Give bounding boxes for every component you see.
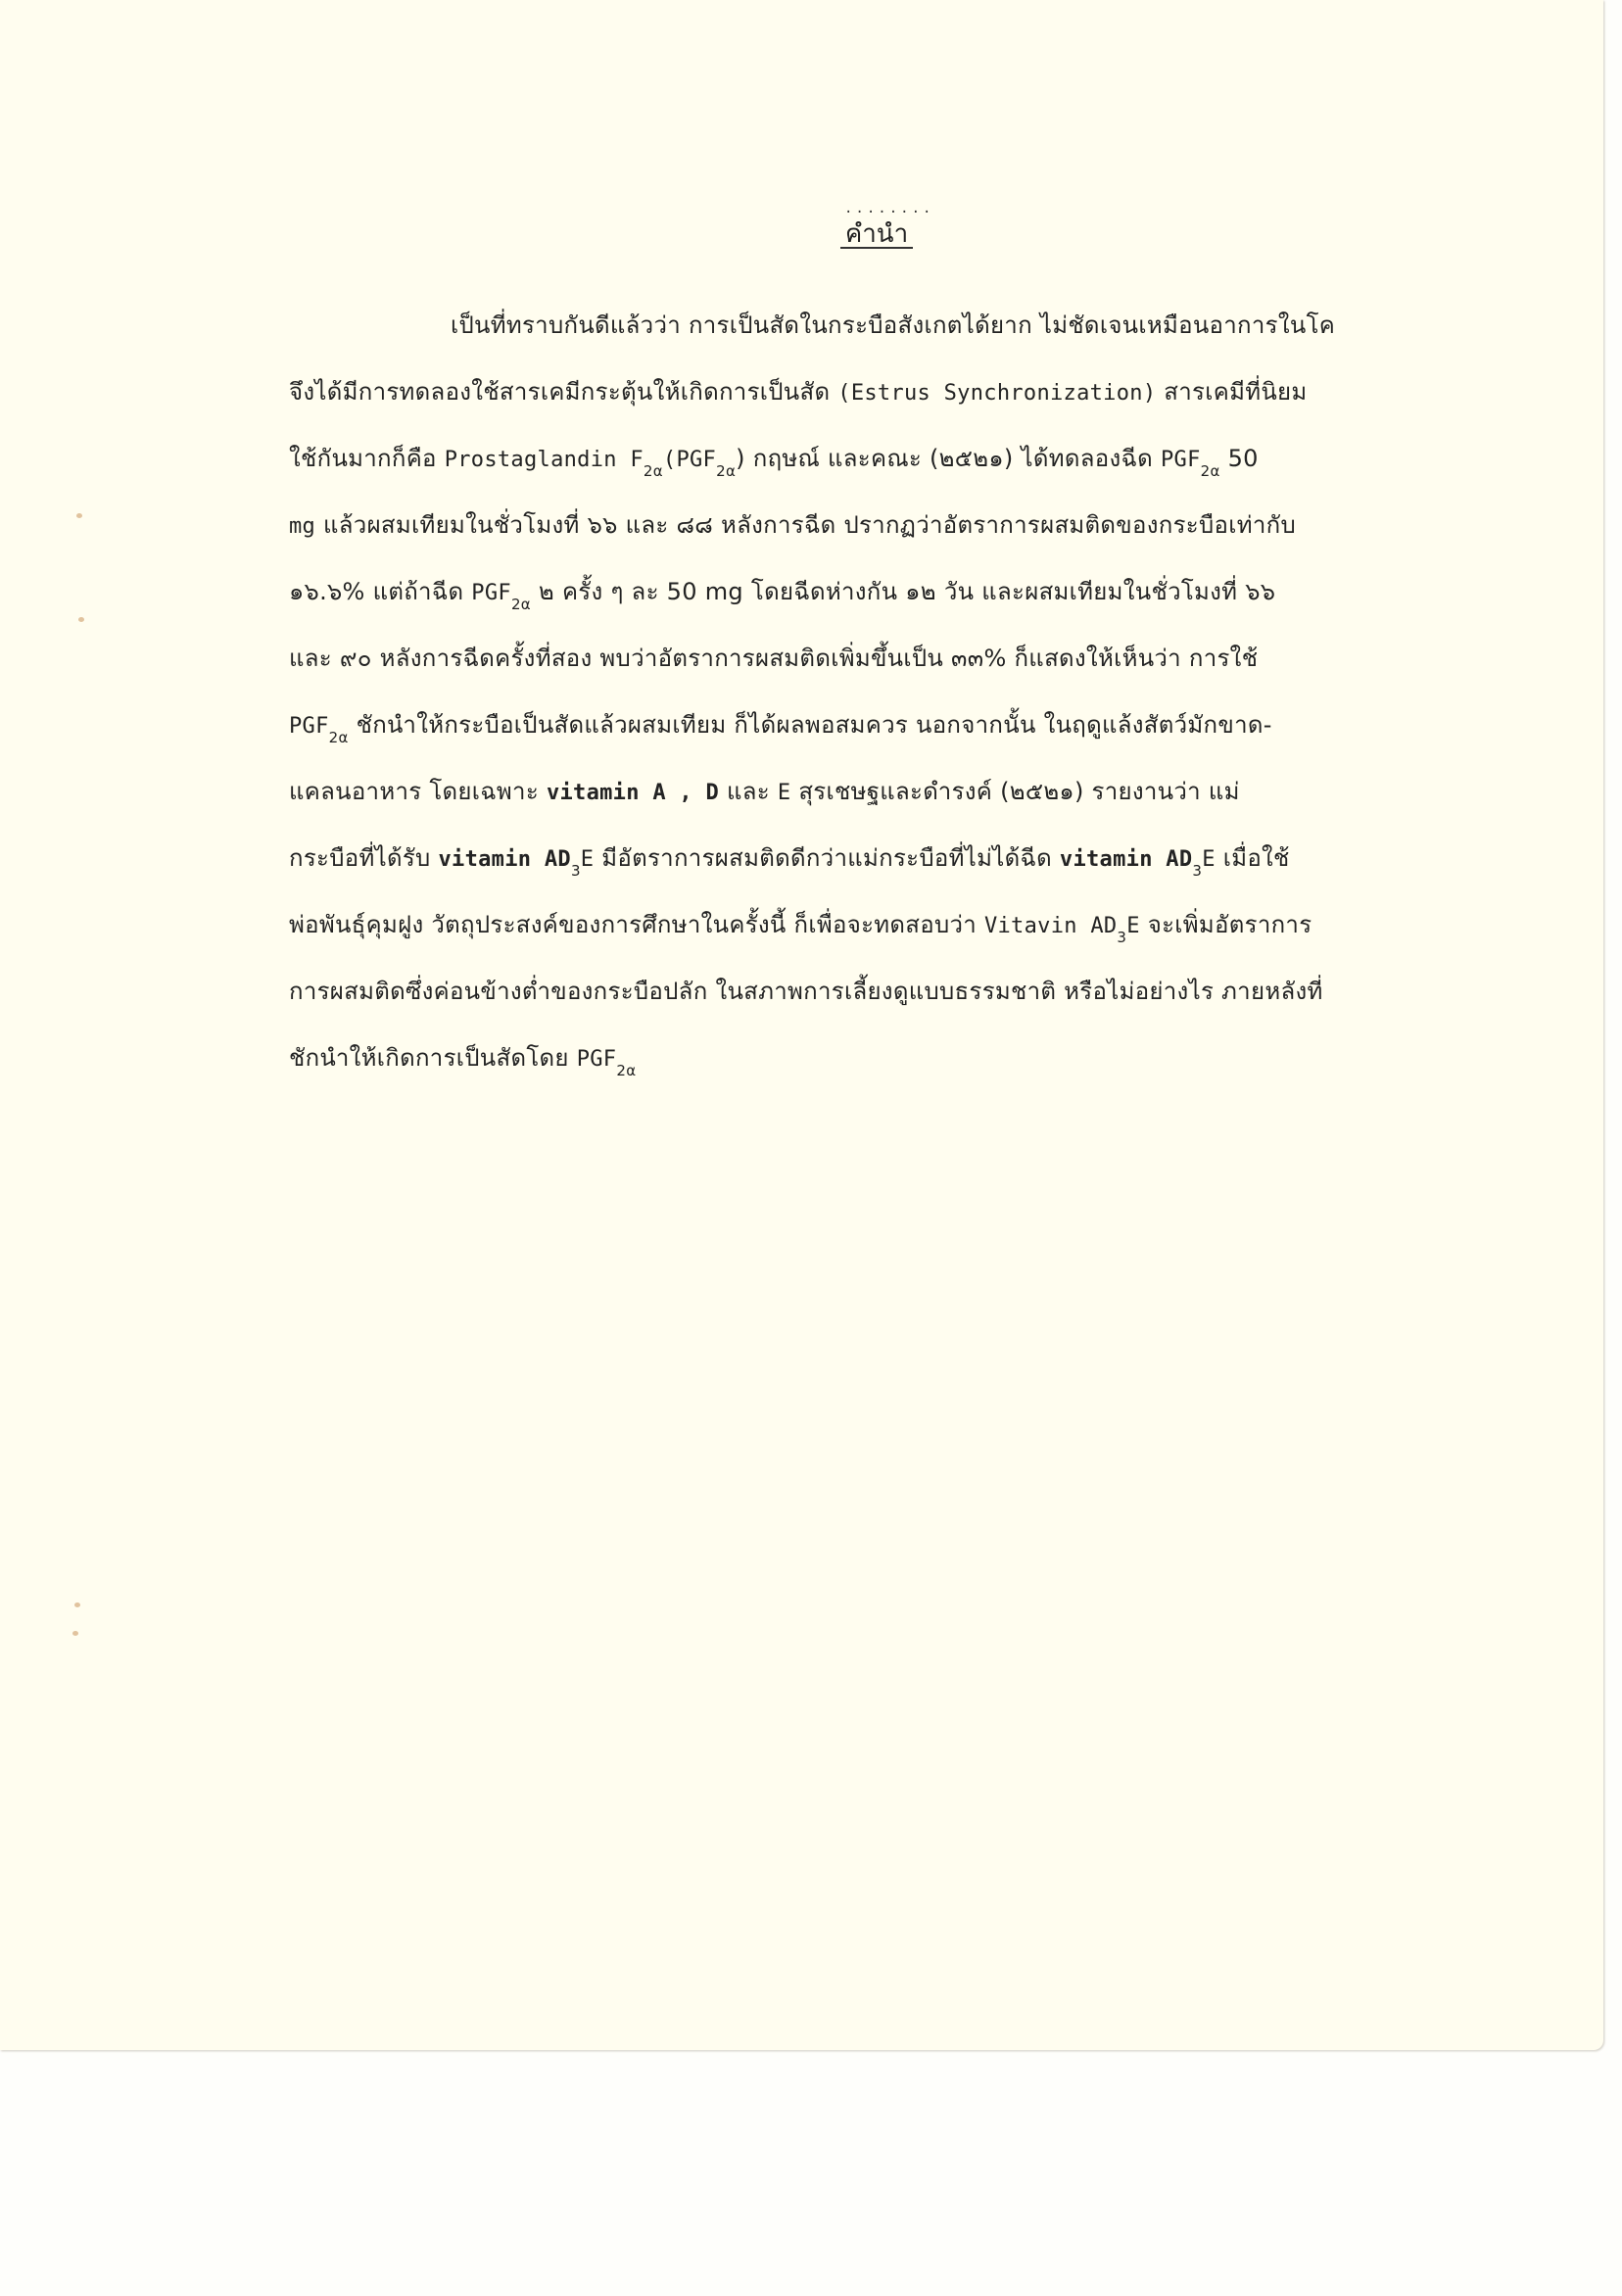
text-run: E: [1126, 914, 1140, 938]
text-run: แคลนอาหาร โดยเฉพาะ: [289, 778, 547, 805]
text-run: แล้วผสมเทียมในชั่วโมงที่ ๖๖ และ ๘๘ หลังก…: [315, 511, 1296, 539]
text-run: จึงได้มีการทดลองใช้สารเคมีกระตุ้นให้เกิด…: [289, 378, 837, 406]
text-run: E: [778, 781, 791, 805]
text-line: ๑๖.๖% แต่ถ้าฉีด PGF2α ๒ ครั้ง ๆ ละ 50 mg…: [289, 572, 1275, 613]
text-line: mg แล้วผสมเทียมในชั่วโมงที่ ๖๖ และ ๘๘ หล…: [289, 505, 1296, 544]
text-run: สุรเชษฐและดำรงค์ (๒๕๒๑) รายงานว่า แม่: [790, 778, 1239, 805]
punch-mark: [74, 1602, 80, 1607]
text-line: จึงได้มีการทดลองใช้สารเคมีกระตุ้นให้เกิด…: [289, 372, 1308, 410]
subscript: 2α: [511, 596, 531, 613]
text-run: PGF: [1161, 448, 1201, 472]
text-line: แคลนอาหาร โดยเฉพาะ vitamin A , D และ E ส…: [289, 772, 1240, 810]
subscript: 2α: [616, 1062, 636, 1079]
text-run: และ: [719, 778, 778, 805]
text-run: vitamin A , D: [547, 781, 719, 805]
text-run: E: [1202, 847, 1216, 872]
text-run: ใช้กันมากก็คือ: [289, 445, 445, 472]
text-run: เมื่อใช้: [1216, 844, 1290, 872]
title-underline: [840, 247, 913, 249]
text-run: มีอัตราการผสมติดดีกว่าแม่กระบือที่ไม่ได้…: [594, 844, 1060, 872]
text-line: การผสมติดซึ่งค่อนข้างต่ำของกระบือปลัก ใน…: [289, 972, 1323, 1010]
punch-mark: [76, 513, 82, 518]
text-line: พ่อพันธุ์คุมฝูง วัตถุประสงค์ของการศึกษาใ…: [289, 905, 1312, 946]
document-page: ........ คำนำ เป็นที่ทราบกันดีแล้วว่า กา…: [0, 0, 1603, 2050]
text-run: ๒ ครั้ง ๆ ละ 50 mg โดยฉีดห่างกัน ๑๒ วัน …: [531, 578, 1275, 605]
text-run: mg: [289, 514, 315, 539]
text-line: ชักนำให้เกิดการเป็นสัดโดย PGF2α: [289, 1038, 636, 1079]
text-run: เป็นที่ทราบกันดีแล้วว่า การเป็นสัดในกระบ…: [451, 311, 1335, 339]
text-run: (Estrus Synchronization): [837, 381, 1156, 406]
text-run: PGF: [577, 1047, 617, 1072]
text-line: กระบือที่ได้รับ vitamin AD3E มีอัตราการผ…: [289, 838, 1290, 880]
text-run: พ่อพันธุ์คุมฝูง วัตถุประสงค์ของการศึกษาใ…: [289, 911, 984, 938]
text-line: PGF2α ชักนำให้กระบือเป็นสัดแล้วผสมเทียม …: [289, 705, 1272, 746]
text-run: Vitavin AD: [984, 914, 1117, 938]
subscript: 2α: [716, 462, 736, 480]
text-line: ใช้กันมากก็คือ Prostaglandin F2α(PGF2α) …: [289, 439, 1259, 480]
punch-mark: [78, 617, 84, 622]
subscript: 2α: [329, 729, 349, 746]
subscript: 2α: [1201, 462, 1220, 480]
text-run: vitamin AD: [1060, 847, 1192, 872]
text-run: vitamin AD: [439, 847, 571, 872]
text-run: ) กฤษณ์ และคณะ (๒๕๒๑) ได้ทดลองฉีด: [736, 445, 1161, 472]
text-run: 50: [1220, 445, 1259, 472]
subscript: 3: [1192, 862, 1202, 880]
text-run: จะเพิ่มอัตราการ: [1140, 911, 1312, 938]
text-run: กระบือที่ได้รับ: [289, 844, 439, 872]
punch-mark: [72, 1631, 78, 1636]
text-run: E: [581, 847, 595, 872]
text-run: สารเคมีที่นิยม: [1156, 378, 1307, 406]
text-run: ชักนำให้เกิดการเป็นสัดโดย: [289, 1044, 577, 1072]
text-run: ชักนำให้กระบือเป็นสัดแล้วผสมเทียม ก็ได้ผ…: [349, 711, 1272, 739]
text-run: การผสมติดซึ่งค่อนข้างต่ำของกระบือปลัก ใน…: [289, 978, 1323, 1005]
text-run: Prostaglandin F: [445, 448, 644, 472]
subscript: 2α: [644, 462, 663, 480]
text-run: PGF: [471, 581, 511, 605]
subscript: 3: [571, 862, 581, 880]
text-line: เป็นที่ทราบกันดีแล้วว่า การเป็นสัดในกระบ…: [451, 306, 1335, 344]
text-run: (PGF: [663, 448, 716, 472]
subscript: 3: [1117, 929, 1126, 946]
text-line: และ ๙๐ หลังการฉีดครั้งที่สอง พบว่าอัตราก…: [289, 639, 1258, 677]
text-run: PGF: [289, 714, 329, 739]
text-run: ๑๖.๖% แต่ถ้าฉีด: [289, 578, 471, 605]
text-run: และ ๙๐ หลังการฉีดครั้งที่สอง พบว่าอัตราก…: [289, 645, 1258, 672]
